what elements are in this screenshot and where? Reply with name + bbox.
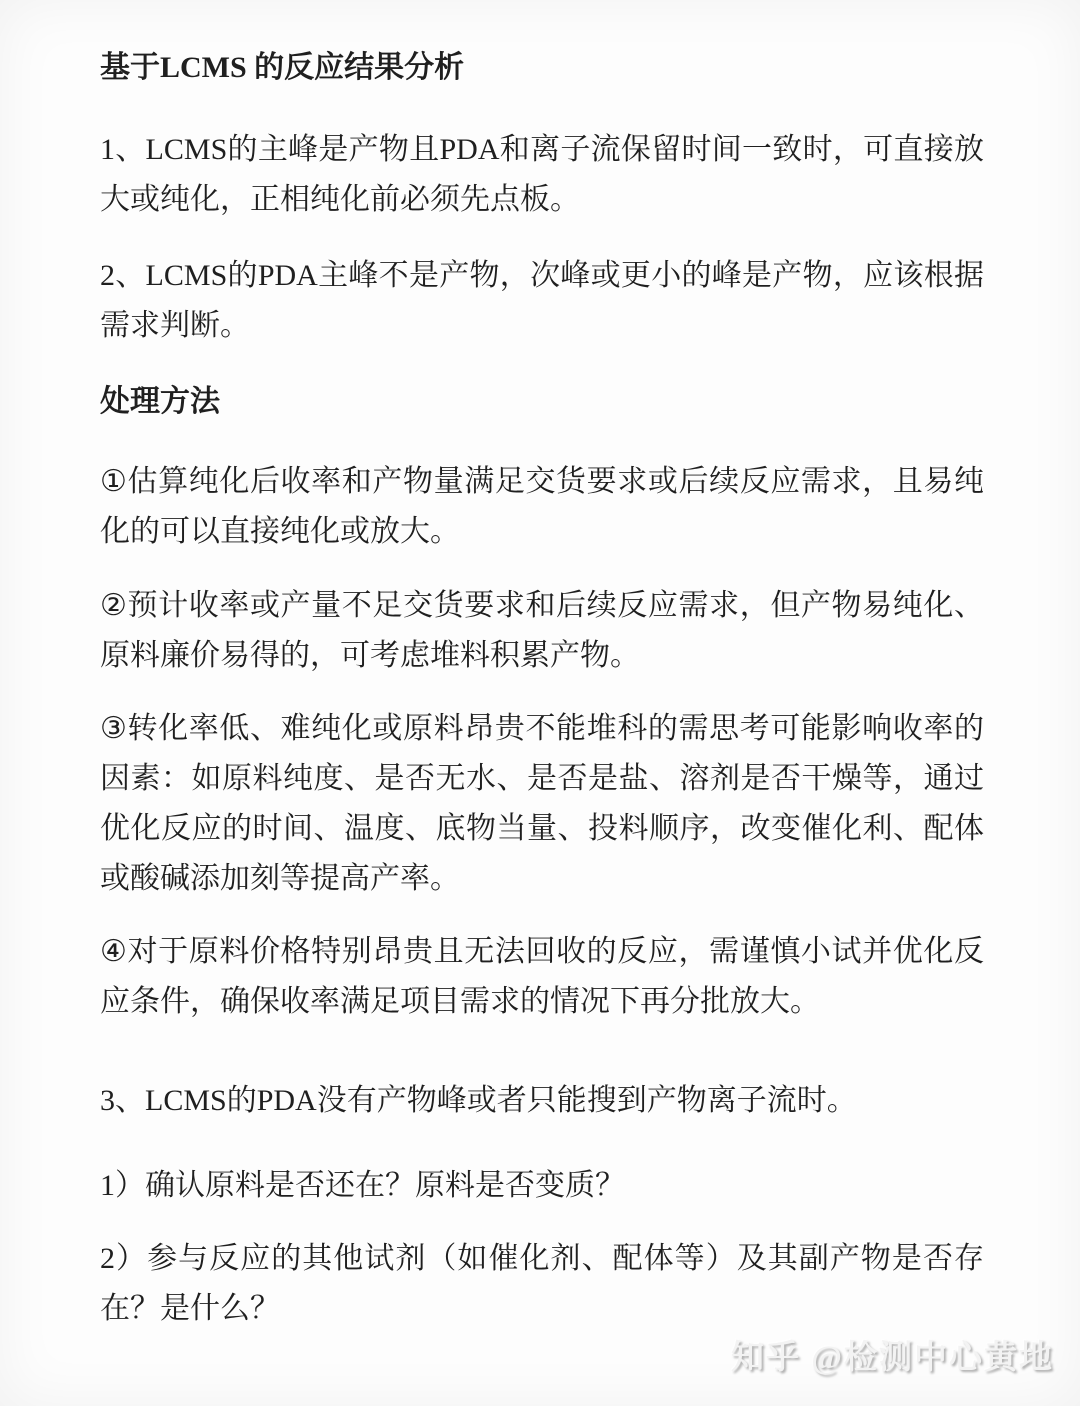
doc-title: 基于LCMS 的反应结果分析 xyxy=(100,43,984,93)
document-page: 基于LCMS 的反应结果分析 1、LCMS的主峰是产物且PDA和离子流保留时间一… xyxy=(0,0,1080,1406)
point-2: 2、LCMS的PDA主峰不是产物，次峰或更小的峰是产物，应该根据需求判断。 xyxy=(100,251,984,351)
method-1: ①估算纯化后收率和产物量满足交货要求或后续反应需求，且易纯化的可以直接纯化或放大… xyxy=(100,457,984,557)
sub-question-2: 2）参与反应的其他试剂（如催化剂、配体等）及其副产物是否存在？是什么？ xyxy=(100,1234,984,1334)
method-3: ③转化率低、难纯化或原料昂贵不能堆科的需思考可能影响收率的因素：如原料纯度、是否… xyxy=(100,704,984,904)
sub-question-1: 1）确认原料是否还在？原料是否变质？ xyxy=(100,1161,984,1211)
zhihu-watermark: 知乎 @检测中心黄地 xyxy=(731,1336,1054,1380)
point-3: 3、LCMS的PDA没有产物峰或者只能搜到产物离子流时。 xyxy=(100,1076,984,1126)
method-2: ②预计收率或产量不足交货要求和后续反应需求，但产物易纯化、原料廉价易得的，可考虑… xyxy=(100,581,984,681)
point-1: 1、LCMS的主峰是产物且PDA和离子流保留时间一致时，可直接放大或纯化，正相纯… xyxy=(100,125,984,225)
methods-heading: 处理方法 xyxy=(100,377,984,427)
method-4: ④对于原料价格特别昂贵且无法回收的反应，需谨慎小试并优化反应条件，确保收率满足项… xyxy=(100,927,984,1027)
